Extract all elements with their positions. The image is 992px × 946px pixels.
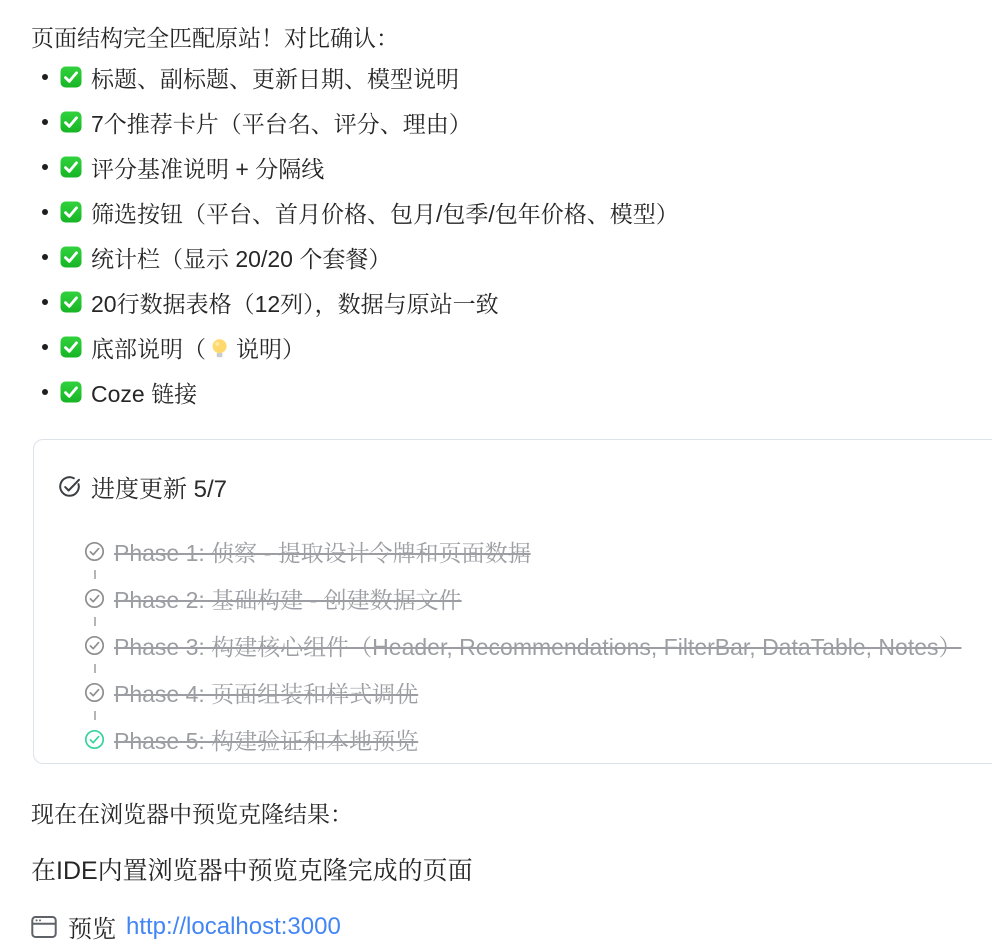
phase-item: Phase 2: 基础构建 - 创建数据文件: [84, 583, 992, 613]
check-emoji-icon: [60, 66, 82, 88]
check-emoji-icon: [60, 111, 82, 133]
check-item: 标题、副标题、更新日期、模型说明: [31, 62, 992, 92]
check-item: 筛选按钮（平台、首月价格、包月/包季/包年价格、模型）: [31, 197, 992, 227]
bullet-icon: [42, 299, 48, 305]
phase-label: Phase 4: 页面组装和样式调优: [114, 676, 418, 709]
check-emoji-icon: [60, 156, 82, 178]
phase-list: Phase 1: 侦察 - 提取设计令牌和页面数据 Phase 2: 基础构建 …: [84, 536, 992, 754]
outro-line2: 在IDE内置浏览器中预览克隆完成的页面: [31, 854, 992, 888]
bullet-icon: [42, 164, 48, 170]
progress-title: 进度更新 5/7: [91, 469, 227, 504]
phase-item: Phase 1: 侦察 - 提取设计令牌和页面数据: [84, 536, 992, 566]
check-item: 20行数据表格（12列），数据与原站一致: [31, 287, 992, 317]
connector-line: [84, 613, 992, 630]
progress-card: 进度更新 5/7 Phase 1: 侦察 - 提取设计令牌和页面数据 Phase…: [33, 439, 992, 764]
checklist: 标题、副标题、更新日期、模型说明 7个推荐卡片（平台名、评分、理由） 评分基准说…: [31, 62, 992, 407]
bullet-icon: [42, 119, 48, 125]
check-item-label: 统计栏（显示 20/20 个套餐）: [91, 241, 391, 274]
check-item-label: 筛选按钮（平台、首月价格、包月/包季/包年价格、模型）: [91, 196, 679, 229]
check-circle-icon: [84, 635, 105, 656]
progress-card-header: 进度更新 5/7: [58, 471, 992, 501]
phase-item: Phase 3: 构建核心组件（Header, Recommendations,…: [84, 630, 992, 660]
page: 页面结构完全匹配原站！对比确认： 标题、副标题、更新日期、模型说明 7个推荐卡片…: [0, 0, 992, 944]
bullet-icon: [42, 209, 48, 215]
check-item-label: 7个推荐卡片（平台名、评分、理由）: [91, 106, 472, 139]
check-circle-icon: [84, 588, 105, 609]
check-item-label: 标题、副标题、更新日期、模型说明: [91, 61, 459, 94]
check-item: 统计栏（显示 20/20 个套餐）: [31, 242, 992, 272]
check-emoji-icon: [60, 291, 82, 313]
browser-window-icon: [31, 915, 57, 939]
check-item-label: 20行数据表格（12列），数据与原站一致: [91, 286, 499, 319]
connector-line: [84, 660, 992, 677]
preview-label: 预览: [68, 909, 116, 944]
check-item: 底部说明（ 说明）: [31, 332, 992, 362]
check-circle-icon: [84, 541, 105, 562]
check-item: 7个推荐卡片（平台名、评分、理由）: [31, 107, 992, 137]
bullet-icon: [42, 344, 48, 350]
bullet-icon: [42, 74, 48, 80]
check-item-label: Coze 链接: [91, 376, 197, 409]
lightbulb-icon: [210, 337, 230, 360]
check-circle-icon: [84, 729, 105, 750]
check-circle-icon: [84, 682, 105, 703]
check-item-label-post: 说明）: [236, 331, 305, 364]
check-emoji-icon: [60, 201, 82, 223]
check-emoji-icon: [60, 381, 82, 403]
outro-line1: 现在在浏览器中预览克隆结果：: [31, 798, 992, 830]
check-emoji-icon: [60, 246, 82, 268]
check-item: 评分基准说明 + 分隔线: [31, 152, 992, 182]
phase-label: Phase 5: 构建验证和本地预览: [114, 723, 418, 756]
phase-item: Phase 4: 页面组装和样式调优: [84, 677, 992, 707]
phase-label: Phase 3: 构建核心组件（Header, Recommendations,…: [114, 629, 962, 662]
preview-row: 预览 http://localhost:3000: [31, 909, 992, 944]
connector-line: [84, 707, 992, 724]
check-item: Coze 链接: [31, 377, 992, 407]
phase-item: Phase 5: 构建验证和本地预览: [84, 724, 992, 754]
preview-link[interactable]: http://localhost:3000: [126, 913, 341, 941]
check-item-label-pre: 底部说明（: [91, 331, 206, 364]
phase-label: Phase 2: 基础构建 - 创建数据文件: [114, 582, 462, 615]
bullet-icon: [42, 389, 48, 395]
task-progress-icon: [58, 475, 81, 498]
check-emoji-icon: [60, 336, 82, 358]
phase-label: Phase 1: 侦察 - 提取设计令牌和页面数据: [114, 535, 531, 568]
bullet-icon: [42, 254, 48, 260]
intro-text: 页面结构完全匹配原站！对比确认：: [31, 22, 992, 54]
connector-line: [84, 566, 992, 583]
check-item-label: 评分基准说明 + 分隔线: [91, 151, 324, 184]
